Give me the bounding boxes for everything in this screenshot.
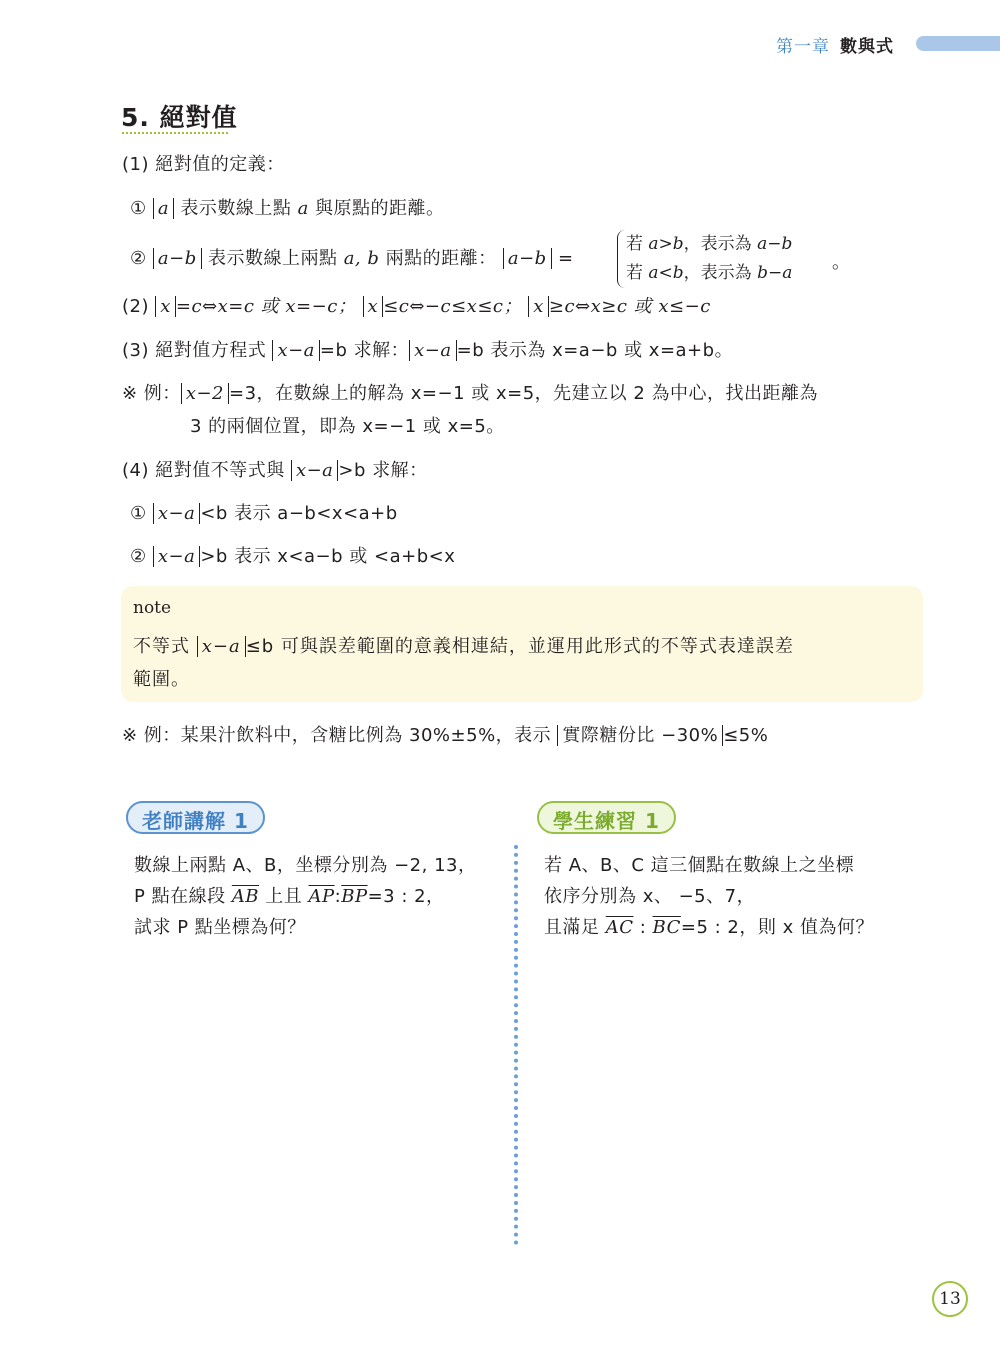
math: a<b: [648, 263, 683, 283]
text: 與原點的距離。: [315, 198, 445, 219]
inequality-2: ② x−a>b 表示 x<a−b 或 <a+b<x: [130, 542, 455, 568]
abs-expression: x−a: [153, 503, 200, 524]
abs-expression: 實際糖份比 −30%: [557, 725, 723, 746]
circled-number: ①: [130, 198, 147, 219]
math: ≤c⇔−c≤x≤c；: [383, 296, 522, 317]
abs-expression: x−a: [409, 340, 456, 361]
abs-expression: x−a: [272, 340, 319, 361]
text: 上且: [265, 886, 302, 907]
inequality-1: ① x−a<b 表示 a−b<x<a+b: [130, 499, 398, 525]
text: =3，在數線上的解為 x=−1 或 x=5，先建立以 2 為中心，找出距離為: [229, 383, 818, 404]
text: =b 表示為 x=a−b 或 x=a+b。: [457, 340, 733, 361]
note-title: note: [133, 598, 911, 618]
text: 表示數線上點: [180, 198, 291, 219]
abs-expression: x: [155, 296, 176, 317]
problem-line: 數線上兩點 A、B，坐標分別為 −2, 13，: [134, 850, 477, 881]
text: =5 : 2，則 x 值為何？: [681, 917, 874, 938]
segment: AB: [232, 886, 259, 907]
text: 若: [626, 263, 643, 283]
case-1: 若 a>b，表示為 a−b: [626, 230, 792, 259]
note-body: 不等式 x−a≤b 可與誤差範圍的意義相連結，並運用此形式的不等式表達誤差 範圍…: [133, 630, 911, 696]
problem-line: 且滿足 AC : BC=5 : 2，則 x 值為何？: [544, 912, 874, 943]
segment: BC: [653, 917, 681, 938]
text: ≤5%: [723, 725, 768, 746]
abs-expression: x−a: [197, 636, 246, 657]
piecewise-cases: 若 a>b，表示為 a−b 若 a<b，表示為 b−a: [617, 230, 792, 288]
math: =c⇔x=c 或 x=−c；: [176, 296, 356, 317]
math-var: a, b: [344, 248, 380, 269]
text: :: [634, 917, 653, 938]
item-4: (4) 絕對值不等式與 x−a>b 求解：: [122, 456, 428, 482]
math-var: a: [298, 198, 309, 219]
text: ，表示為: [684, 263, 752, 283]
abs-expression: x−a: [153, 546, 200, 567]
text: (4) 絕對值不等式與: [122, 460, 285, 481]
text: ，表示為: [684, 234, 752, 254]
abs-expression: a−b: [153, 248, 202, 269]
segment: AP: [309, 886, 335, 907]
example-2: ※ 例：某果汁飲料中，含糖比例為 30%±5%，表示 實際糖份比 −30%≤5%: [122, 721, 768, 747]
note-box: note 不等式 x−a≤b 可與誤差範圍的意義相連結，並運用此形式的不等式表達…: [121, 586, 923, 702]
chapter-label: 第一章: [776, 32, 830, 57]
section-title: 5. 絕對值: [121, 98, 238, 134]
teacher-problem: 數線上兩點 A、B，坐標分別為 −2, 13， P 點在線段 AB 上且 AP:…: [134, 850, 477, 943]
text: ≤b 可與誤差範圍的意義相連結，並運用此形式的不等式表達誤差: [246, 636, 794, 657]
math: b−a: [757, 263, 792, 283]
abs-expression: x: [528, 296, 549, 317]
student-problem: 若 A、B、C 這三個點在數線上之坐標 依序分別為 x、 −5、7， 且滿足 A…: [544, 850, 874, 943]
page-number: 13: [932, 1281, 968, 1317]
chapter-header: 第一章 數與式: [776, 32, 894, 57]
example-1: ※ 例：x−2=3，在數線上的解為 x=−1 或 x=5，先建立以 2 為中心，…: [122, 379, 818, 405]
text: (3) 絕對值方程式: [122, 340, 266, 361]
text: =3 : 2，: [368, 886, 445, 907]
segment: BP: [341, 886, 367, 907]
abs-expression: x−2: [181, 383, 229, 404]
math: a>b: [648, 234, 683, 254]
example-1-line-2: 3 的兩個位置，即為 x=−1 或 x=5。: [190, 412, 505, 438]
definition-heading: (1) 絕對值的定義：: [122, 150, 285, 176]
text: >b 表示 x<a−b 或 <a+b<x: [200, 546, 455, 567]
circled-number: ①: [130, 503, 147, 524]
text: ※ 例：某果汁飲料中，含糖比例為 30%±5%，表示: [122, 725, 551, 746]
text: 表示數線上兩點: [208, 248, 338, 269]
text: >b 求解：: [338, 460, 427, 481]
segment: AC: [606, 917, 634, 938]
item-2: (2) x=c⇔x=c 或 x=−c； x≤c⇔−c≤x≤c； x≥c⇔x≥c …: [122, 292, 711, 318]
problem-line: 依序分別為 x、 −5、7，: [544, 881, 874, 912]
section-title-underline: [122, 132, 228, 134]
abs-expression: a−b: [503, 248, 552, 269]
abs-expression: x: [363, 296, 384, 317]
text: P 點在線段: [134, 886, 226, 907]
student-practice-badge: 學生練習 1: [537, 801, 676, 834]
text: ※ 例：: [122, 383, 181, 404]
text: 範圍。: [133, 669, 190, 690]
column-divider: [514, 845, 518, 1245]
teacher-explanation-badge: 老師講解 1: [126, 801, 265, 834]
item-3: (3) 絕對值方程式 x−a=b 求解：x−a=b 表示為 x=a−b 或 x=…: [122, 336, 733, 362]
math: a−b: [757, 234, 792, 254]
text: =: [558, 248, 574, 269]
text: (2): [122, 296, 149, 317]
circled-number: ②: [130, 248, 147, 269]
abs-expression: x−a: [291, 460, 338, 481]
text: 且滿足: [544, 917, 600, 938]
abs-expression: a: [153, 198, 174, 219]
definition-2: ② a−b 表示數線上兩點 a, b 兩點的距離： a−b =: [130, 244, 574, 270]
text: <b 表示 a−b<x<a+b: [200, 503, 397, 524]
text: 兩點的距離：: [386, 248, 497, 269]
circled-number: ②: [130, 546, 147, 567]
problem-line: 若 A、B、C 這三個點在數線上之坐標: [544, 850, 874, 881]
header-decor-bar: [916, 36, 1000, 51]
text: 若: [626, 234, 643, 254]
problem-line: 試求 P 點坐標為何？: [134, 912, 477, 943]
problem-line: P 點在線段 AB 上且 AP:BP=3 : 2，: [134, 881, 477, 912]
case-2: 若 a<b，表示為 b−a: [626, 259, 792, 288]
definition-1: ① a 表示數線上點 a 與原點的距離。: [130, 194, 445, 220]
math: ≥c⇔x≥c 或 x≤−c: [549, 296, 711, 317]
chapter-title: 數與式: [840, 32, 894, 57]
text: =b 求解：: [320, 340, 409, 361]
text: 不等式: [133, 636, 190, 657]
period: 。: [832, 248, 850, 274]
